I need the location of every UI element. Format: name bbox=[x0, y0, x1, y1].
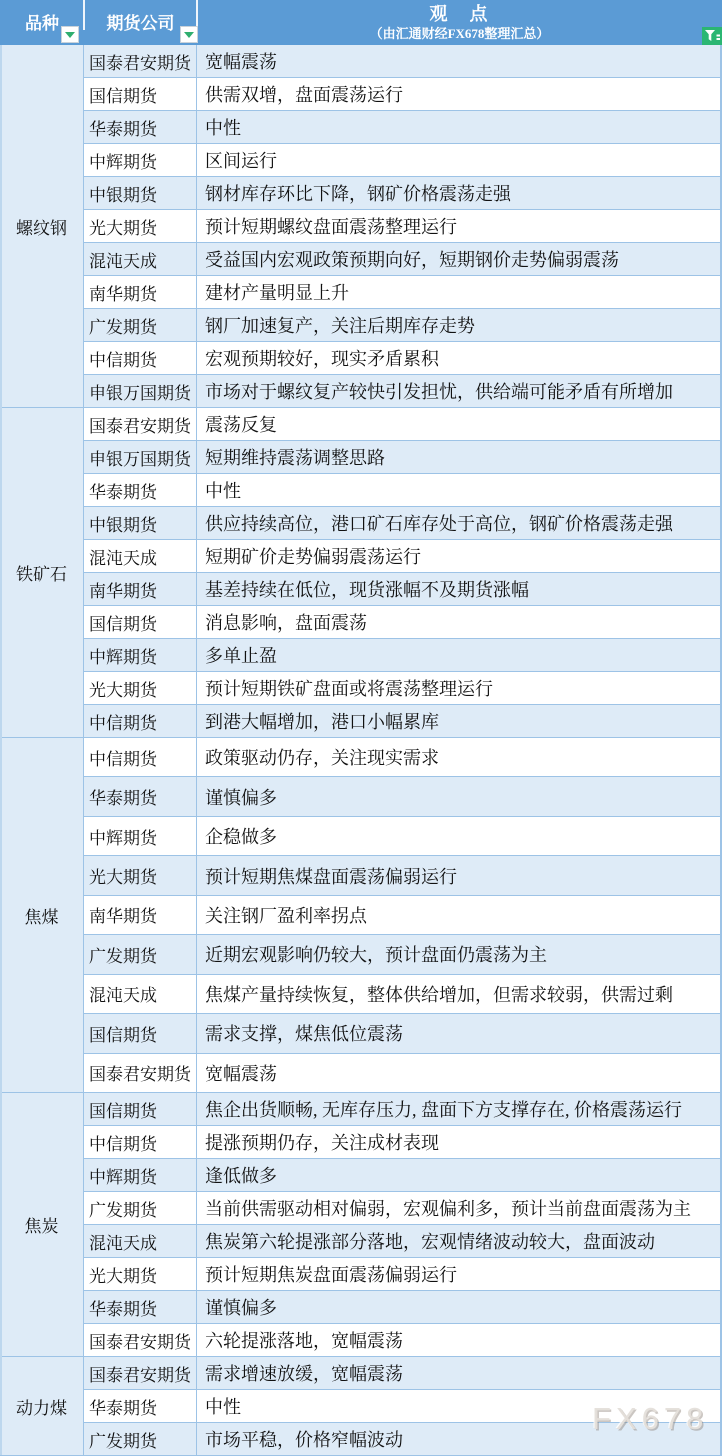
table-row: 国信期货消息影响，盘面震荡 bbox=[84, 606, 722, 639]
company-cell[interactable]: 混沌天成 bbox=[84, 1225, 197, 1257]
table-row: 南华期货基差持续在低位，现货涨幅不及期货涨幅 bbox=[84, 573, 722, 606]
view-cell[interactable]: 供应持续高位，港口矿石库存处于高位，钢矿价格震荡走强 bbox=[197, 507, 722, 539]
section-rows: 国泰君安期货需求增速放缓，宽幅震荡华泰期货中性广发期货市场平稳，价格窄幅波动 bbox=[84, 1357, 722, 1456]
table-row: 国泰君安期货震荡反复 bbox=[84, 408, 722, 441]
commodity-section: 焦煤中信期货政策驱动仍存，关注现实需求华泰期货谨慎偏多中辉期货企稳做多光大期货预… bbox=[0, 738, 722, 1093]
view-cell[interactable]: 近期宏观影响仍较大，预计盘面仍震荡为主 bbox=[197, 935, 722, 973]
view-cell[interactable]: 区间运行 bbox=[197, 144, 722, 176]
view-cell[interactable]: 多单止盈 bbox=[197, 639, 722, 671]
view-cell[interactable]: 预计短期焦煤盘面震荡偏弱运行 bbox=[197, 856, 722, 894]
company-cell[interactable]: 国泰君安期货 bbox=[84, 1054, 197, 1092]
table-row: 光大期货预计短期焦煤盘面震荡偏弱运行 bbox=[84, 856, 722, 895]
table-row: 光大期货预计短期焦炭盘面震荡偏弱运行 bbox=[84, 1258, 722, 1291]
company-cell[interactable]: 中银期货 bbox=[84, 507, 197, 539]
view-cell[interactable]: 焦企出货顺畅, 无库存压力, 盘面下方支撑存在, 价格震荡运行 bbox=[197, 1093, 722, 1125]
company-cell[interactable]: 混沌天成 bbox=[84, 975, 197, 1013]
company-cell[interactable]: 中信期货 bbox=[84, 1126, 197, 1158]
view-cell[interactable]: 中性 bbox=[197, 111, 722, 143]
company-cell[interactable]: 光大期货 bbox=[84, 856, 197, 894]
view-cell[interactable]: 市场对于螺纹复产较快引发担忧，供给端可能矛盾有所增加 bbox=[197, 375, 722, 407]
section-rows: 国泰君安期货宽幅震荡国信期货供需双增，盘面震荡运行华泰期货中性中辉期货区间运行中… bbox=[84, 45, 722, 408]
view-cell[interactable]: 建材产量明显上升 bbox=[197, 276, 722, 308]
variety-filter-button[interactable] bbox=[61, 26, 79, 43]
table-row: 中辉期货逢低做多 bbox=[84, 1159, 722, 1192]
view-cell[interactable]: 短期维持震荡调整思路 bbox=[197, 441, 722, 473]
company-cell[interactable]: 中信期货 bbox=[84, 705, 197, 737]
commodity-section: 铁矿石国泰君安期货震荡反复申银万国期货短期维持震荡调整思路华泰期货中性中银期货供… bbox=[0, 408, 722, 738]
funnel-icon bbox=[705, 30, 720, 43]
table-row: 混沌天成受益国内宏观政策预期向好，短期钢价走势偏弱震荡 bbox=[84, 243, 722, 276]
company-cell[interactable]: 国信期货 bbox=[84, 1093, 197, 1125]
table-row: 申银万国期货短期维持震荡调整思路 bbox=[84, 441, 722, 474]
table-row: 国泰君安期货宽幅震荡 bbox=[84, 45, 722, 78]
table-row: 中辉期货企稳做多 bbox=[84, 817, 722, 856]
view-cell[interactable]: 政策驱动仍存，关注现实需求 bbox=[197, 738, 722, 776]
table-row: 中信期货政策驱动仍存，关注现实需求 bbox=[84, 738, 722, 777]
view-cell[interactable]: 受益国内宏观政策预期向好，短期钢价走势偏弱震荡 bbox=[197, 243, 722, 275]
view-cell[interactable]: 中性 bbox=[197, 1390, 722, 1422]
header-viewpoint: 观 点 （由汇通财经FX678整理汇总） bbox=[197, 0, 722, 45]
view-cell[interactable]: 消息影响，盘面震荡 bbox=[197, 606, 722, 638]
company-filter-button[interactable] bbox=[180, 26, 198, 43]
view-cell[interactable]: 钢厂加速复产，关注后期库存走势 bbox=[197, 309, 722, 341]
company-cell[interactable]: 申银万国期货 bbox=[84, 441, 197, 473]
variety-cell[interactable]: 铁矿石 bbox=[0, 408, 84, 738]
commodity-section: 焦炭国信期货焦企出货顺畅, 无库存压力, 盘面下方支撑存在, 价格震荡运行中信期… bbox=[0, 1093, 722, 1357]
table-row: 混沌天成焦炭第六轮提涨部分落地，宏观情绪波动较大，盘面波动 bbox=[84, 1225, 722, 1258]
view-cell[interactable]: 市场平稳，价格窄幅波动 bbox=[197, 1423, 722, 1455]
chevron-down-icon bbox=[65, 32, 75, 38]
view-cell[interactable]: 需求增速放缓，宽幅震荡 bbox=[197, 1357, 722, 1389]
company-cell[interactable]: 华泰期货 bbox=[84, 474, 197, 506]
company-cell[interactable]: 国信期货 bbox=[84, 1014, 197, 1052]
company-cell[interactable]: 中辉期货 bbox=[84, 817, 197, 855]
variety-cell[interactable]: 螺纹钢 bbox=[0, 45, 84, 408]
table-left-border bbox=[0, 45, 2, 1456]
view-cell[interactable]: 焦煤产量持续恢复，整体供给增加，但需求较弱，供需过剩 bbox=[197, 975, 722, 1013]
table-row: 广发期货钢厂加速复产，关注后期库存走势 bbox=[84, 309, 722, 342]
table-row: 广发期货近期宏观影响仍较大，预计盘面仍震荡为主 bbox=[84, 935, 722, 974]
company-cell[interactable]: 中辉期货 bbox=[84, 639, 197, 671]
table-row: 广发期货市场平稳，价格窄幅波动 bbox=[84, 1423, 722, 1456]
viewpoint-title: 观 点 bbox=[430, 3, 490, 25]
section-rows: 中信期货政策驱动仍存，关注现实需求华泰期货谨慎偏多中辉期货企稳做多光大期货预计短… bbox=[84, 738, 722, 1093]
table-row: 华泰期货中性 bbox=[84, 474, 722, 507]
company-cell[interactable]: 国泰君安期货 bbox=[84, 45, 197, 77]
table-row: 南华期货建材产量明显上升 bbox=[84, 276, 722, 309]
commodity-section: 动力煤国泰君安期货需求增速放缓，宽幅震荡华泰期货中性广发期货市场平稳，价格窄幅波… bbox=[0, 1357, 722, 1456]
company-cell[interactable]: 华泰期货 bbox=[84, 1291, 197, 1323]
table-row: 华泰期货谨慎偏多 bbox=[84, 1291, 722, 1324]
company-cell[interactable]: 国泰君安期货 bbox=[84, 1357, 197, 1389]
view-cell[interactable]: 提涨预期仍存，关注成材表现 bbox=[197, 1126, 722, 1158]
table-row: 国信期货供需双增，盘面震荡运行 bbox=[84, 78, 722, 111]
header-variety-label: 品种 bbox=[25, 9, 59, 34]
view-cell[interactable]: 到港大幅增加，港口小幅累库 bbox=[197, 705, 722, 737]
view-cell[interactable]: 预计短期铁矿盘面或将震荡整理运行 bbox=[197, 672, 722, 704]
company-cell[interactable]: 华泰期货 bbox=[84, 1390, 197, 1422]
view-cell[interactable]: 基差持续在低位，现货涨幅不及期货涨幅 bbox=[197, 573, 722, 605]
company-cell[interactable]: 光大期货 bbox=[84, 1258, 197, 1290]
view-cell[interactable]: 需求支撑，煤焦低位震荡 bbox=[197, 1014, 722, 1052]
spreadsheet: 品种 期货公司 观 点 （由汇通财经FX678整理汇总） 螺纹钢国泰君安期货宽幅… bbox=[0, 0, 722, 1456]
table-row: 国泰君安期货需求增速放缓，宽幅震荡 bbox=[84, 1357, 722, 1390]
table-row: 国泰君安期货六轮提涨落地，宽幅震荡 bbox=[84, 1324, 722, 1357]
company-cell[interactable]: 国泰君安期货 bbox=[84, 408, 197, 440]
table-row: 中辉期货区间运行 bbox=[84, 144, 722, 177]
header-divider bbox=[83, 0, 85, 30]
company-cell[interactable]: 光大期货 bbox=[84, 672, 197, 704]
table-row: 混沌天成焦煤产量持续恢复，整体供给增加，但需求较弱，供需过剩 bbox=[84, 975, 722, 1014]
variety-cell[interactable]: 焦炭 bbox=[0, 1093, 84, 1357]
view-cell[interactable]: 逢低做多 bbox=[197, 1159, 722, 1191]
company-cell[interactable]: 混沌天成 bbox=[84, 540, 197, 572]
view-cell[interactable]: 谨慎偏多 bbox=[197, 1291, 722, 1323]
table-row: 中银期货钢材库存环比下降，钢矿价格震荡走强 bbox=[84, 177, 722, 210]
company-cell[interactable]: 广发期货 bbox=[84, 1423, 197, 1455]
table-row: 中银期货供应持续高位，港口矿石库存处于高位，钢矿价格震荡走强 bbox=[84, 507, 722, 540]
company-cell[interactable]: 南华期货 bbox=[84, 573, 197, 605]
view-cell[interactable]: 关注钢厂盈利率拐点 bbox=[197, 896, 722, 934]
view-cell[interactable]: 震荡反复 bbox=[197, 408, 722, 440]
company-cell[interactable]: 南华期货 bbox=[84, 896, 197, 934]
table-row: 国泰君安期货宽幅震荡 bbox=[84, 1054, 722, 1093]
view-cell[interactable]: 焦炭第六轮提涨部分落地，宏观情绪波动较大，盘面波动 bbox=[197, 1225, 722, 1257]
company-cell[interactable]: 广发期货 bbox=[84, 1192, 197, 1224]
table-row: 中信期货到港大幅增加，港口小幅累库 bbox=[84, 705, 722, 738]
table-row: 光大期货预计短期螺纹盘面震荡整理运行 bbox=[84, 210, 722, 243]
table-row: 中信期货宏观预期较好，现实矛盾累积 bbox=[84, 342, 722, 375]
company-cell[interactable]: 广发期货 bbox=[84, 935, 197, 973]
company-cell[interactable]: 中辉期货 bbox=[84, 1159, 197, 1191]
view-cell[interactable]: 预计短期焦炭盘面震荡偏弱运行 bbox=[197, 1258, 722, 1290]
table-row: 中辉期货多单止盈 bbox=[84, 639, 722, 672]
company-cell[interactable]: 光大期货 bbox=[84, 210, 197, 242]
section-rows: 国泰君安期货震荡反复申银万国期货短期维持震荡调整思路华泰期货中性中银期货供应持续… bbox=[84, 408, 722, 738]
view-cell[interactable]: 供需双增，盘面震荡运行 bbox=[197, 78, 722, 110]
table-row: 光大期货预计短期铁矿盘面或将震荡整理运行 bbox=[84, 672, 722, 705]
view-cell[interactable]: 当前供需驱动相对偏弱，宏观偏利多，预计当前盘面震荡为主 bbox=[197, 1192, 722, 1224]
company-cell[interactable]: 华泰期货 bbox=[84, 777, 197, 815]
view-cell[interactable]: 宽幅震荡 bbox=[197, 1054, 722, 1092]
view-cell[interactable]: 钢材库存环比下降，钢矿价格震荡走强 bbox=[197, 177, 722, 209]
view-cell[interactable]: 预计短期螺纹盘面震荡整理运行 bbox=[197, 210, 722, 242]
table-row: 华泰期货中性 bbox=[84, 111, 722, 144]
company-cell[interactable]: 中信期货 bbox=[84, 738, 197, 776]
filter-button[interactable] bbox=[702, 27, 722, 45]
variety-cell[interactable]: 焦煤 bbox=[0, 738, 84, 1093]
company-cell[interactable]: 中信期货 bbox=[84, 342, 197, 374]
table-row: 南华期货关注钢厂盈利率拐点 bbox=[84, 896, 722, 935]
table-body: 螺纹钢国泰君安期货宽幅震荡国信期货供需双增，盘面震荡运行华泰期货中性中辉期货区间… bbox=[0, 45, 722, 1456]
company-cell[interactable]: 国泰君安期货 bbox=[84, 1324, 197, 1356]
company-cell[interactable]: 国信期货 bbox=[84, 606, 197, 638]
table-row: 华泰期货中性 bbox=[84, 1390, 722, 1423]
variety-cell[interactable]: 动力煤 bbox=[0, 1357, 84, 1456]
table-row: 华泰期货谨慎偏多 bbox=[84, 777, 722, 816]
view-cell[interactable]: 六轮提涨落地，宽幅震荡 bbox=[197, 1324, 722, 1356]
table-row: 广发期货当前供需驱动相对偏弱，宏观偏利多，预计当前盘面震荡为主 bbox=[84, 1192, 722, 1225]
commodity-section: 螺纹钢国泰君安期货宽幅震荡国信期货供需双增，盘面震荡运行华泰期货中性中辉期货区间… bbox=[0, 45, 722, 408]
view-cell[interactable]: 宽幅震荡 bbox=[197, 45, 722, 77]
company-cell[interactable]: 国信期货 bbox=[84, 78, 197, 110]
company-cell[interactable]: 中辉期货 bbox=[84, 144, 197, 176]
view-cell[interactable]: 中性 bbox=[197, 474, 722, 506]
table-header: 品种 期货公司 观 点 （由汇通财经FX678整理汇总） bbox=[0, 0, 722, 45]
view-cell[interactable]: 宏观预期较好，现实矛盾累积 bbox=[197, 342, 722, 374]
table-row: 国信期货焦企出货顺畅, 无库存压力, 盘面下方支撑存在, 价格震荡运行 bbox=[84, 1093, 722, 1126]
table-row: 混沌天成短期矿价走势偏弱震荡运行 bbox=[84, 540, 722, 573]
chevron-down-icon bbox=[184, 32, 194, 38]
table-row: 中信期货提涨预期仍存，关注成材表现 bbox=[84, 1126, 722, 1159]
company-cell[interactable]: 南华期货 bbox=[84, 276, 197, 308]
table-row: 申银万国期货市场对于螺纹复产较快引发担忧，供给端可能矛盾有所增加 bbox=[84, 375, 722, 408]
viewpoint-subtitle: （由汇通财经FX678整理汇总） bbox=[370, 25, 550, 42]
company-cell[interactable]: 广发期货 bbox=[84, 309, 197, 341]
company-cell[interactable]: 申银万国期货 bbox=[84, 375, 197, 407]
section-rows: 国信期货焦企出货顺畅, 无库存压力, 盘面下方支撑存在, 价格震荡运行中信期货提… bbox=[84, 1093, 722, 1357]
company-cell[interactable]: 中银期货 bbox=[84, 177, 197, 209]
view-cell[interactable]: 谨慎偏多 bbox=[197, 777, 722, 815]
company-cell[interactable]: 混沌天成 bbox=[84, 243, 197, 275]
view-cell[interactable]: 企稳做多 bbox=[197, 817, 722, 855]
header-company-label: 期货公司 bbox=[107, 9, 175, 34]
view-cell[interactable]: 短期矿价走势偏弱震荡运行 bbox=[197, 540, 722, 572]
company-cell[interactable]: 华泰期货 bbox=[84, 111, 197, 143]
table-row: 国信期货需求支撑，煤焦低位震荡 bbox=[84, 1014, 722, 1053]
